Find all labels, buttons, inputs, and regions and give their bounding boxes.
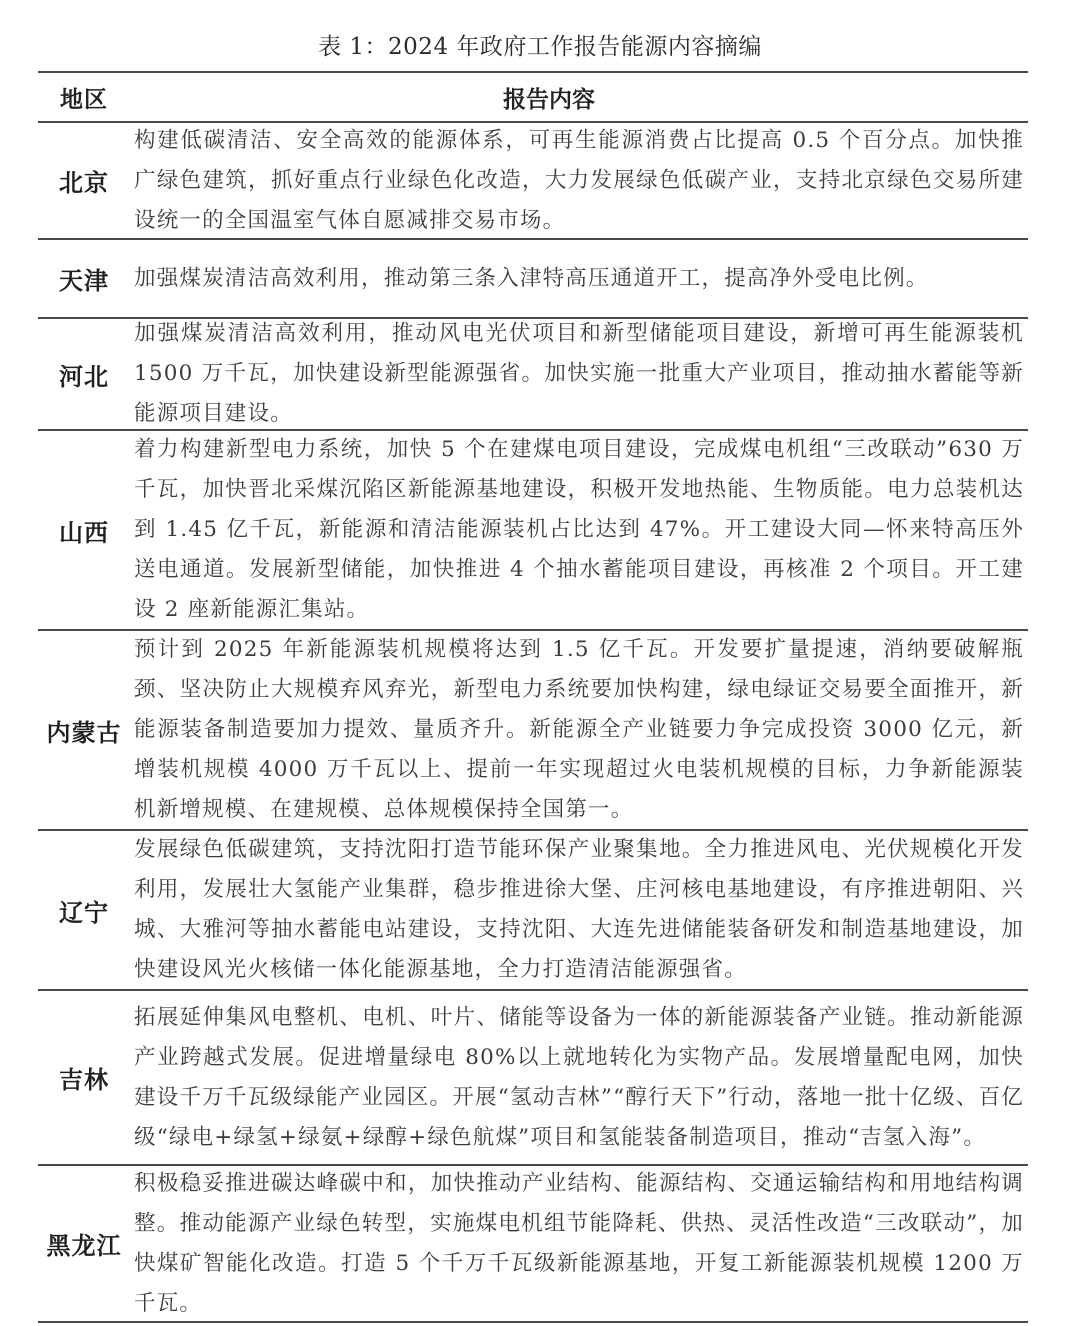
content-cell: 拓展延伸集风电整机、电机、叶片、储能等设备为一体的新能源装备产业链。推动新能源产… (130, 998, 1028, 1158)
table-row-heilongjiang: 黑龙江 积极稳妥推进碳达峰碳中和，加快推动产业结构、能源结构、交通运输结构和用地… (38, 1166, 1028, 1323)
table-row-jilin: 吉林 拓展延伸集风电整机、电机、叶片、储能等设备为一体的新能源装备产业链。推动新… (38, 991, 1028, 1166)
table-row-beijing: 北京 构建低碳清洁、安全高效的能源体系，可再生能源消费占比提高 0.5 个百分点… (38, 123, 1028, 240)
region-cell: 黑龙江 (38, 1226, 130, 1261)
region-cell: 辽宁 (38, 893, 130, 928)
region-cell: 北京 (38, 163, 130, 198)
region-cell: 吉林 (38, 1060, 130, 1095)
energy-report-table: 地区 报告内容 北京 构建低碳清洁、安全高效的能源体系，可再生能源消费占比提高 … (38, 71, 1028, 1323)
content-cell: 构建低碳清洁、安全高效的能源体系，可再生能源消费占比提高 0.5 个百分点。加快… (130, 121, 1028, 241)
content-cell: 发展绿色低碳建筑，支持沈阳打造节能环保产业聚集地。全力推进风电、光伏规模化开发利… (130, 830, 1028, 990)
table-row-tianjin: 天津 加强煤炭清洁高效利用，推动第三条入津特高压通道开工，提高净外受电比例。 (38, 240, 1028, 319)
table-caption: 表 1：2024 年政府工作报告能源内容摘编 (0, 28, 1080, 61)
content-cell: 预计到 2025 年新能源装机规模将达到 1.5 亿千瓦。开发要扩量提速，消纳要… (130, 630, 1028, 830)
region-cell: 天津 (38, 261, 130, 296)
content-cell: 着力构建新型电力系统，加快 5 个在建煤电项目建设，完成煤电机组“三改联动”63… (130, 430, 1028, 630)
content-cell: 积极稳妥推进碳达峰碳中和，加快推动产业结构、能源结构、交通运输结构和用地结构调整… (130, 1164, 1028, 1324)
table-row-shanxi: 山西 着力构建新型电力系统，加快 5 个在建煤电项目建设，完成煤电机组“三改联动… (38, 431, 1028, 631)
region-cell: 山西 (38, 513, 130, 548)
header-region: 地区 (38, 81, 130, 114)
table-row-hebei: 河北 加强煤炭清洁高效利用，推动风电光伏项目和新型储能项目建设，新增可再生能源装… (38, 319, 1028, 431)
region-cell: 内蒙古 (38, 713, 130, 748)
content-cell: 加强煤炭清洁高效利用，推动第三条入津特高压通道开工，提高净外受电比例。 (130, 259, 1028, 299)
region-cell: 河北 (38, 357, 130, 392)
content-cell: 加强煤炭清洁高效利用，推动风电光伏项目和新型储能项目建设，新增可再生能源装机 1… (130, 314, 1028, 434)
header-content: 报告内容 (130, 81, 1028, 114)
table-row-liaoning: 辽宁 发展绿色低碳建筑，支持沈阳打造节能环保产业聚集地。全力推进风电、光伏规模化… (38, 831, 1028, 991)
table-row-inner-mongolia: 内蒙古 预计到 2025 年新能源装机规模将达到 1.5 亿千瓦。开发要扩量提速… (38, 631, 1028, 831)
table-header-row: 地区 报告内容 (38, 73, 1028, 123)
